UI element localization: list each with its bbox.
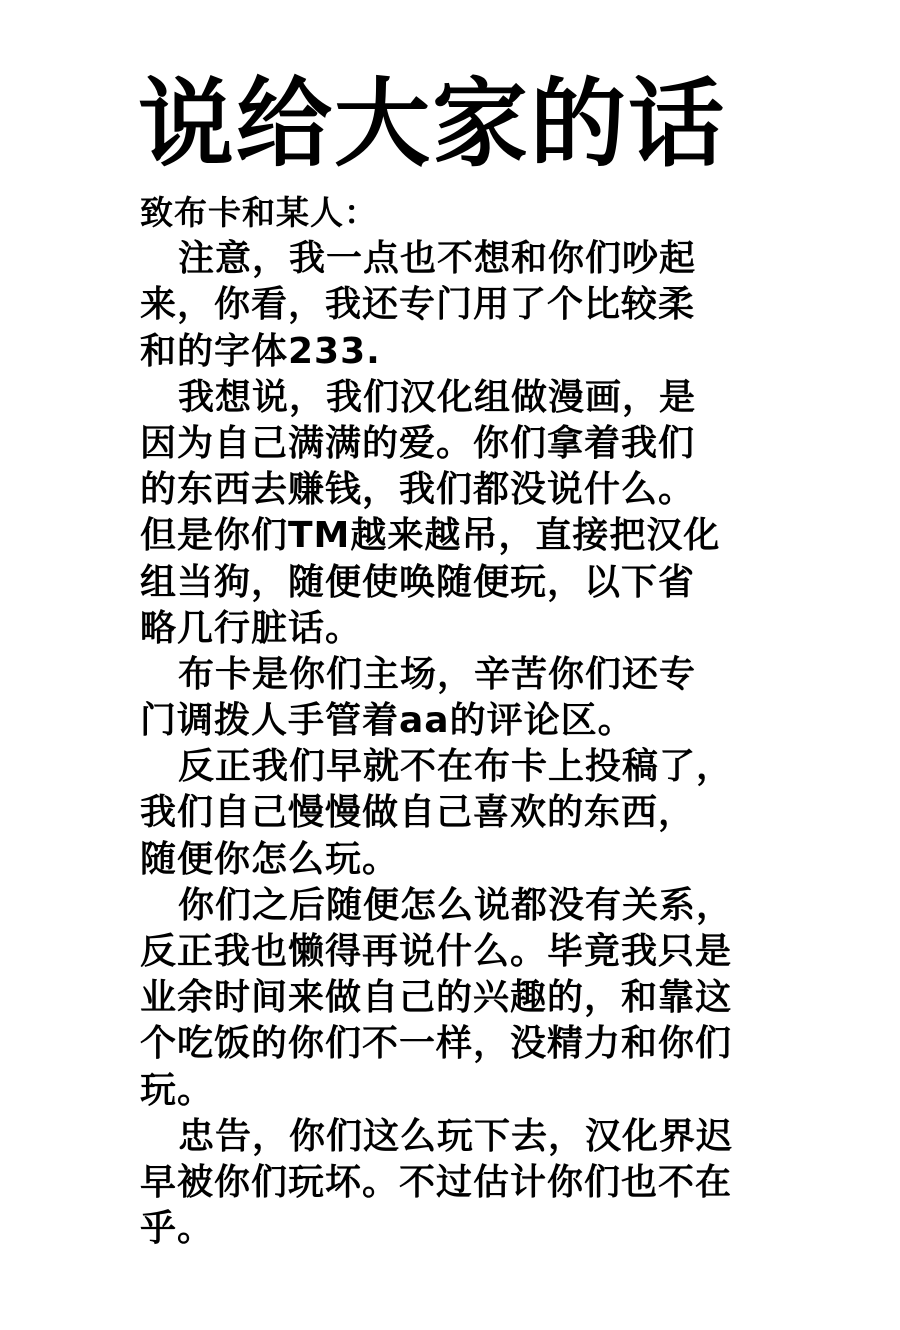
body-line: 早被你们玩坏。不过估计你们也不在 [140,1160,780,1206]
body-line: 个吃饭的你们不一样，没精力和你们 [140,1021,780,1067]
body-line: 随便你怎么玩。 [140,837,780,883]
body-line: 组当狗，随便使唤随便玩，以下省 [140,560,780,606]
body-line: 略几行脏话。 [140,606,780,652]
letter-body: 致布卡和某人： 注意，我一点也不想和你们吵起 来，你看，我还专门用了个比较柔 和… [140,190,780,1252]
document-page: 说给大家的话 致布卡和某人： 注意，我一点也不想和你们吵起 来，你看，我还专门用… [0,0,900,1330]
body-line: 来，你看，我还专门用了个比较柔 [140,282,780,328]
body-line: 我想说，我们汉化组做漫画，是 [140,375,780,421]
body-line: 你们之后随便怎么说都没有关系， [140,883,780,929]
body-line: 反正我也懒得再说什么。毕竟我只是 [140,929,780,975]
body-line: 忠告，你们这么玩下去，汉化界迟 [140,1114,780,1160]
body-line: 但是你们TM越来越吊，直接把汉化 [140,513,780,559]
body-line: 和的字体233. [140,329,780,375]
body-line: 注意，我一点也不想和你们吵起 [140,236,780,282]
body-line: 我们自己慢慢做自己喜欢的东西， [140,790,780,836]
body-line: 门调拨人手管着aa的评论区。 [140,698,780,744]
page-title: 说给大家的话 [138,68,758,180]
body-line: 因为自己满满的爱。你们拿着我们 [140,421,780,467]
body-line: 乎。 [140,1206,780,1252]
salutation: 致布卡和某人： [140,190,780,236]
body-line: 布卡是你们主场，辛苦你们还专 [140,652,780,698]
body-line: 业余时间来做自己的兴趣的，和靠这 [140,975,780,1021]
body-line: 反正我们早就不在布卡上投稿了， [140,744,780,790]
body-line: 的东西去赚钱，我们都没说什么。 [140,467,780,513]
body-line: 玩。 [140,1068,780,1114]
